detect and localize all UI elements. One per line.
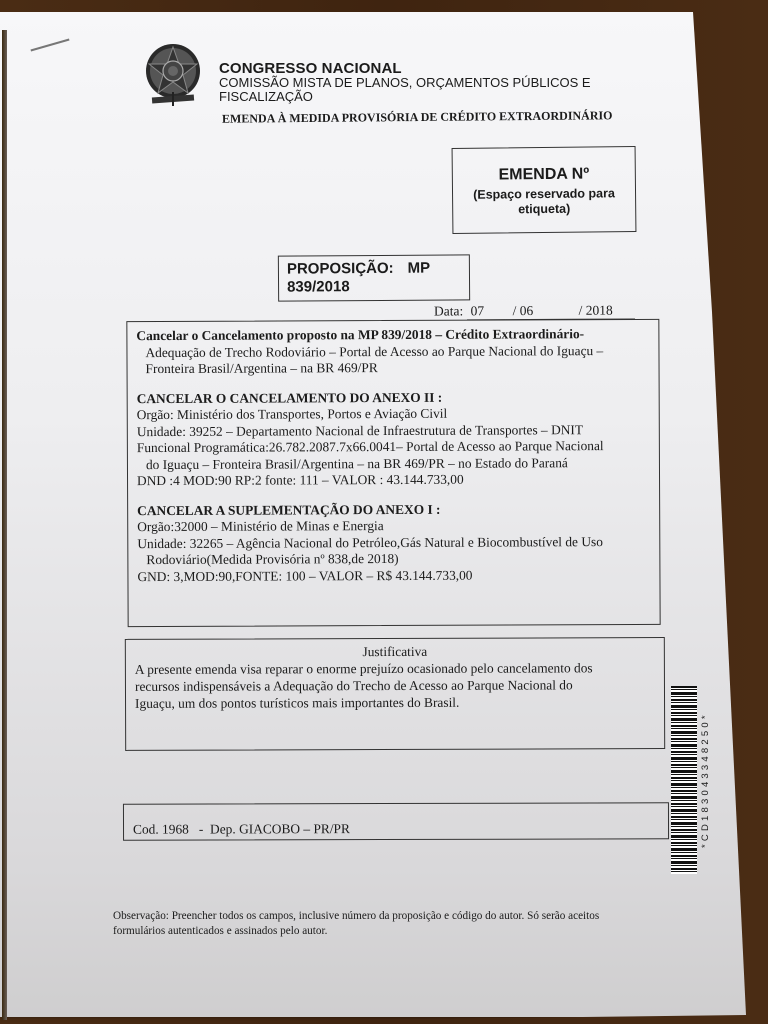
commission-name: COMISSÃO MISTA DE PLANOS, ORÇAMENTOS PÚB… [219, 76, 599, 104]
page-edge-shadow [2, 30, 7, 1020]
justificativa-box: Justificativa A presente emenda visa rep… [125, 637, 665, 751]
anexo2-funcional: Funcional Programática:26.782.2087.7x66.… [137, 438, 650, 457]
proposicao-number: 839/2018 [287, 278, 350, 295]
justificativa-line: recursos indispensáveis a Adequação do T… [135, 676, 655, 695]
amendment-heading-cont: Adequação de Trecho Rodoviário – Portal … [136, 342, 649, 361]
proposicao-type: MP [408, 260, 431, 277]
proposicao-label: PROPOSIÇÃO: [287, 260, 394, 278]
proposicao-box: PROPOSIÇÃO:MP 839/2018 [278, 254, 470, 301]
emenda-number-box: EMENDA Nº (Espaço reservado para etiquet… [452, 146, 637, 234]
emenda-number-label: EMENDA Nº [453, 165, 635, 185]
justificativa-line: Iguaçu, um dos pontos turísticos mais im… [135, 693, 655, 712]
date-field: Data: 07/ 06/ 2018 [434, 302, 635, 320]
observation-note: Observação: Preencher todos os campos, i… [113, 909, 683, 939]
amendment-heading: Cancelar o Cancelamento proposto na MP 8… [136, 326, 649, 345]
author-box: Cod. 1968 - Dep. GIACOBO – PR/PR [123, 802, 669, 840]
author-separator: - [199, 822, 204, 837]
author-name: Dep. GIACOBO – PR/PR [210, 821, 350, 836]
barcode-text: *CD183043348250* [700, 686, 712, 874]
observation-line: Observação: Preencher todos os campos, i… [113, 909, 683, 924]
anexo1-valor: GND: 3,MOD:90,FONTE: 100 – VALOR – R$ 43… [137, 566, 650, 585]
author-code: Cod. 1968 [133, 822, 189, 837]
justificativa-title: Justificativa [135, 642, 655, 661]
observation-line: formulários autenticados e assinados pel… [113, 924, 683, 939]
anexo1-unidade: Unidade: 32265 – Agência Nacional do Pet… [137, 533, 650, 552]
date-year: 2018 [586, 303, 613, 318]
date-month: 06 [520, 303, 534, 318]
date-separator: / [513, 303, 517, 318]
date-separator: / [579, 303, 583, 318]
coat-of-arms-icon [142, 42, 204, 108]
date-day: 07 [467, 303, 505, 320]
amendment-text-box: Cancelar o Cancelamento proposto na MP 8… [126, 319, 660, 627]
date-label: Data: [434, 303, 463, 318]
label-space-note: (Espaço reservado para etiqueta) [453, 186, 635, 218]
justificativa-line: A presente emenda visa reparar o enorme … [135, 659, 655, 678]
barcode-icon [671, 686, 697, 874]
